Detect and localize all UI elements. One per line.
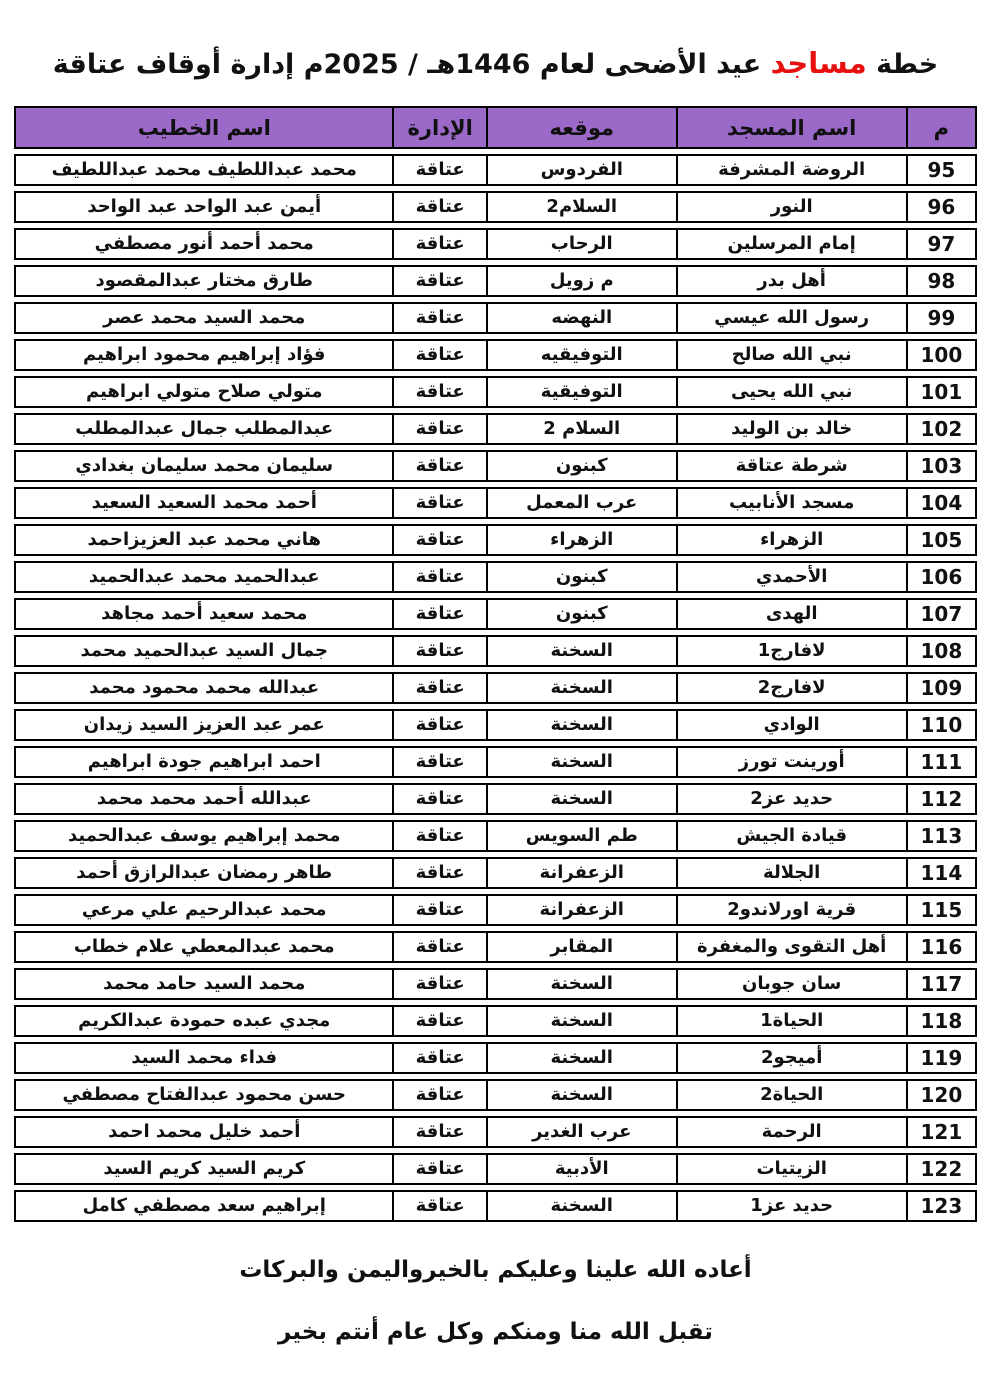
cell-administration: عتاقة bbox=[392, 598, 485, 630]
page-title: خطة مساجد عيد الأضحى لعام 1446هـ / 2025م… bbox=[0, 0, 991, 80]
cell-administration: عتاقة bbox=[392, 376, 485, 408]
cell-location: السخنة bbox=[486, 1042, 676, 1074]
cell-khatib-name: جمال السيد عبدالحميد محمد bbox=[14, 635, 392, 667]
table-row: 123 حديد عز1 السخنة عتاقة إبراهيم سعد مص… bbox=[14, 1190, 977, 1222]
cell-khatib-name: هاني محمد عبد العزيزاحمد bbox=[14, 524, 392, 556]
cell-number: 96 bbox=[906, 191, 977, 223]
cell-location: الزعفرانة bbox=[486, 894, 676, 926]
cell-mosque-name: خالد بن الوليد bbox=[676, 413, 906, 445]
table-row: 102 خالد بن الوليد السلام 2 عتاقة عبدالم… bbox=[14, 413, 977, 445]
cell-location: كبنون bbox=[486, 598, 676, 630]
cell-mosque-name: أميجو2 bbox=[676, 1042, 906, 1074]
cell-number: 99 bbox=[906, 302, 977, 334]
cell-location: السخنة bbox=[486, 672, 676, 704]
table-row: 104 مسجد الأنابيب عرب المعمل عتاقة أحمد … bbox=[14, 487, 977, 519]
table-row: 103 شرطة عتاقة كبنون عتاقة سليمان محمد س… bbox=[14, 450, 977, 482]
column-header-administration: الإدارة bbox=[392, 106, 485, 149]
table-row: 109 لافارج2 السخنة عتاقة عبدالله محمد مح… bbox=[14, 672, 977, 704]
cell-khatib-name: طارق مختار عبدالمقصود bbox=[14, 265, 392, 297]
cell-khatib-name: محمد عبدالمعطي علام خطاب bbox=[14, 931, 392, 963]
cell-mosque-name: الهدى bbox=[676, 598, 906, 630]
cell-khatib-name: طاهر رمضان عبدالرازق أحمد bbox=[14, 857, 392, 889]
cell-number: 111 bbox=[906, 746, 977, 778]
cell-location: السخنة bbox=[486, 1079, 676, 1111]
cell-mosque-name: حديد عز1 bbox=[676, 1190, 906, 1222]
mosque-schedule-table: م اسم المسجد موقعه الإدارة اسم الخطيب 95… bbox=[14, 101, 977, 1227]
table-row: 97 إمام المرسلين الرحاب عتاقة محمد أحمد … bbox=[14, 228, 977, 260]
cell-location: السخنة bbox=[486, 1005, 676, 1037]
cell-mosque-name: قيادة الجيش bbox=[676, 820, 906, 852]
cell-number: 113 bbox=[906, 820, 977, 852]
cell-mosque-name: مسجد الأنابيب bbox=[676, 487, 906, 519]
cell-mosque-name: الحياة2 bbox=[676, 1079, 906, 1111]
table-row: 105 الزهراء الزهراء عتاقة هاني محمد عبد … bbox=[14, 524, 977, 556]
cell-location: السخنة bbox=[486, 709, 676, 741]
cell-location: عرب المعمل bbox=[486, 487, 676, 519]
cell-mosque-name: أهل بدر bbox=[676, 265, 906, 297]
cell-khatib-name: عبدالله محمد محمود محمد bbox=[14, 672, 392, 704]
cell-administration: عتاقة bbox=[392, 265, 485, 297]
cell-mosque-name: الحياة1 bbox=[676, 1005, 906, 1037]
table-row: 114 الجلالة الزعفرانة عتاقة طاهر رمضان ع… bbox=[14, 857, 977, 889]
cell-location: الأدبية bbox=[486, 1153, 676, 1185]
cell-location: الرحاب bbox=[486, 228, 676, 260]
table-row: 110 الوادي السخنة عتاقة عمر عبد العزيز ا… bbox=[14, 709, 977, 741]
column-header-khatib-name: اسم الخطيب bbox=[14, 106, 392, 149]
cell-number: 117 bbox=[906, 968, 977, 1000]
cell-administration: عتاقة bbox=[392, 672, 485, 704]
cell-mosque-name: نبي الله صالح bbox=[676, 339, 906, 371]
cell-khatib-name: محمد السيد حامد محمد bbox=[14, 968, 392, 1000]
table-row: 115 قرية اورلاندو2 الزعفرانة عتاقة محمد … bbox=[14, 894, 977, 926]
cell-number: 95 bbox=[906, 154, 977, 186]
cell-location: السخنة bbox=[486, 1190, 676, 1222]
table-row: 111 أورينت تورز السخنة عتاقة احمد ابراهي… bbox=[14, 746, 977, 778]
cell-khatib-name: فداء محمد السيد bbox=[14, 1042, 392, 1074]
table-header: م اسم المسجد موقعه الإدارة اسم الخطيب bbox=[14, 106, 977, 149]
cell-khatib-name: إبراهيم سعد مصطفي كامل bbox=[14, 1190, 392, 1222]
cell-number: 105 bbox=[906, 524, 977, 556]
cell-khatib-name: عبدالله أحمد محمد محمد bbox=[14, 783, 392, 815]
table-row: 112 حديد عز2 السخنة عتاقة عبدالله أحمد م… bbox=[14, 783, 977, 815]
cell-khatib-name: سليمان محمد سليمان بغدادي bbox=[14, 450, 392, 482]
cell-number: 112 bbox=[906, 783, 977, 815]
cell-location: عرب الغدير bbox=[486, 1116, 676, 1148]
cell-khatib-name: محمد أحمد أنور مصطفي bbox=[14, 228, 392, 260]
cell-number: 107 bbox=[906, 598, 977, 630]
cell-mosque-name: شرطة عتاقة bbox=[676, 450, 906, 482]
cell-mosque-name: النور bbox=[676, 191, 906, 223]
cell-khatib-name: محمد عبدالرحيم علي مرعي bbox=[14, 894, 392, 926]
cell-location: الزعفرانة bbox=[486, 857, 676, 889]
table-row: 122 الزيتيات الأدبية عتاقة كريم السيد كر… bbox=[14, 1153, 977, 1185]
cell-number: 108 bbox=[906, 635, 977, 667]
cell-location: التوفيقيه bbox=[486, 339, 676, 371]
cell-location: السخنة bbox=[486, 968, 676, 1000]
cell-khatib-name: مجدي عبده حمودة عبدالكريم bbox=[14, 1005, 392, 1037]
cell-number: 114 bbox=[906, 857, 977, 889]
cell-khatib-name: محمد سعيد أحمد مجاهد bbox=[14, 598, 392, 630]
cell-mosque-name: الزهراء bbox=[676, 524, 906, 556]
cell-location: السخنة bbox=[486, 635, 676, 667]
cell-administration: عتاقة bbox=[392, 1116, 485, 1148]
cell-location: السلام2 bbox=[486, 191, 676, 223]
cell-administration: عتاقة bbox=[392, 339, 485, 371]
cell-administration: عتاقة bbox=[392, 894, 485, 926]
title-prefix: خطة bbox=[876, 49, 938, 80]
table-row: 100 نبي الله صالح التوفيقيه عتاقة فؤاد إ… bbox=[14, 339, 977, 371]
cell-number: 116 bbox=[906, 931, 977, 963]
cell-mosque-name: رسول الله عيسي bbox=[676, 302, 906, 334]
table-row: 116 أهل التقوى والمغفرة المقابر عتاقة مح… bbox=[14, 931, 977, 963]
cell-khatib-name: فؤاد إبراهيم محمود ابراهيم bbox=[14, 339, 392, 371]
cell-number: 121 bbox=[906, 1116, 977, 1148]
table-row: 107 الهدى كبنون عتاقة محمد سعيد أحمد مجا… bbox=[14, 598, 977, 630]
footer-blessing-line-2: تقبل الله منا ومنكم وكل عام أنتم بخير bbox=[0, 1319, 991, 1345]
cell-administration: عتاقة bbox=[392, 302, 485, 334]
cell-location: الفردوس bbox=[486, 154, 676, 186]
cell-location: م زويل bbox=[486, 265, 676, 297]
cell-khatib-name: أيمن عبد الواحد عبد الواحد bbox=[14, 191, 392, 223]
column-header-mosque-name: اسم المسجد bbox=[676, 106, 906, 149]
cell-administration: عتاقة bbox=[392, 228, 485, 260]
cell-number: 118 bbox=[906, 1005, 977, 1037]
cell-mosque-name: الروضة المشرفة bbox=[676, 154, 906, 186]
cell-mosque-name: نبي الله يحيى bbox=[676, 376, 906, 408]
document-page: خطة مساجد عيد الأضحى لعام 1446هـ / 2025م… bbox=[0, 0, 991, 1400]
cell-administration: عتاقة bbox=[392, 1079, 485, 1111]
table-row: 120 الحياة2 السخنة عتاقة حسن محمود عبدال… bbox=[14, 1079, 977, 1111]
cell-location: كبنون bbox=[486, 450, 676, 482]
cell-number: 104 bbox=[906, 487, 977, 519]
cell-administration: عتاقة bbox=[392, 1153, 485, 1185]
cell-number: 122 bbox=[906, 1153, 977, 1185]
table-row: 96 النور السلام2 عتاقة أيمن عبد الواحد ع… bbox=[14, 191, 977, 223]
mosque-table-body: 95 الروضة المشرفة الفردوس عتاقة محمد عبد… bbox=[14, 154, 977, 1222]
table-row: 95 الروضة المشرفة الفردوس عتاقة محمد عبد… bbox=[14, 154, 977, 186]
cell-location: كبنون bbox=[486, 561, 676, 593]
cell-mosque-name: الزيتيات bbox=[676, 1153, 906, 1185]
cell-administration: عتاقة bbox=[392, 857, 485, 889]
table-row: 101 نبي الله يحيى التوفيقية عتاقة متولي … bbox=[14, 376, 977, 408]
table-row: 121 الرحمة عرب الغدير عتاقة أحمد خليل مح… bbox=[14, 1116, 977, 1148]
cell-administration: عتاقة bbox=[392, 561, 485, 593]
cell-administration: عتاقة bbox=[392, 820, 485, 852]
cell-number: 119 bbox=[906, 1042, 977, 1074]
cell-administration: عتاقة bbox=[392, 487, 485, 519]
cell-khatib-name: عبدالمطلب جمال عبدالمطلب bbox=[14, 413, 392, 445]
cell-administration: عتاقة bbox=[392, 635, 485, 667]
cell-location: النهضه bbox=[486, 302, 676, 334]
cell-khatib-name: أحمد محمد السعيد السعيد bbox=[14, 487, 392, 519]
cell-mosque-name: الجلالة bbox=[676, 857, 906, 889]
cell-administration: عتاقة bbox=[392, 783, 485, 815]
cell-administration: عتاقة bbox=[392, 154, 485, 186]
cell-number: 110 bbox=[906, 709, 977, 741]
cell-khatib-name: عمر عبد العزيز السيد زيدان bbox=[14, 709, 392, 741]
cell-number: 100 bbox=[906, 339, 977, 371]
cell-number: 120 bbox=[906, 1079, 977, 1111]
cell-khatib-name: احمد ابراهيم جودة ابراهيم bbox=[14, 746, 392, 778]
cell-number: 115 bbox=[906, 894, 977, 926]
cell-khatib-name: حسن محمود عبدالفتاح مصطفي bbox=[14, 1079, 392, 1111]
table-row: 106 الأحمدي كبنون عتاقة عبدالحميد محمد ع… bbox=[14, 561, 977, 593]
cell-mosque-name: حديد عز2 bbox=[676, 783, 906, 815]
table-row: 98 أهل بدر م زويل عتاقة طارق مختار عبدال… bbox=[14, 265, 977, 297]
cell-administration: عتاقة bbox=[392, 1042, 485, 1074]
cell-administration: عتاقة bbox=[392, 413, 485, 445]
title-suffix: عيد الأضحى لعام 1446هـ / 2025م إدارة أوق… bbox=[53, 49, 761, 80]
cell-khatib-name: محمد السيد محمد عصر bbox=[14, 302, 392, 334]
cell-location: طم السويس bbox=[486, 820, 676, 852]
cell-number: 101 bbox=[906, 376, 977, 408]
footer-blessings: أعاده الله علينا وعليكم بالخيرواليمن وال… bbox=[0, 1257, 991, 1345]
table-row: 117 سان جوبان السخنة عتاقة محمد السيد حا… bbox=[14, 968, 977, 1000]
cell-khatib-name: كريم السيد كريم السيد bbox=[14, 1153, 392, 1185]
column-header-location: موقعه bbox=[486, 106, 676, 149]
cell-administration: عتاقة bbox=[392, 1005, 485, 1037]
cell-administration: عتاقة bbox=[392, 450, 485, 482]
cell-mosque-name: الأحمدي bbox=[676, 561, 906, 593]
cell-mosque-name: لافارج2 bbox=[676, 672, 906, 704]
cell-mosque-name: قرية اورلاندو2 bbox=[676, 894, 906, 926]
cell-location: السلام 2 bbox=[486, 413, 676, 445]
header-row: م اسم المسجد موقعه الإدارة اسم الخطيب bbox=[14, 106, 977, 149]
cell-administration: عتاقة bbox=[392, 191, 485, 223]
cell-mosque-name: أهل التقوى والمغفرة bbox=[676, 931, 906, 963]
cell-administration: عتاقة bbox=[392, 709, 485, 741]
cell-number: 106 bbox=[906, 561, 977, 593]
cell-number: 123 bbox=[906, 1190, 977, 1222]
table-row: 108 لافارج1 السخنة عتاقة جمال السيد عبدا… bbox=[14, 635, 977, 667]
cell-khatib-name: عبدالحميد محمد عبدالحميد bbox=[14, 561, 392, 593]
cell-location: التوفيقية bbox=[486, 376, 676, 408]
cell-administration: عتاقة bbox=[392, 1190, 485, 1222]
table-row: 99 رسول الله عيسي النهضه عتاقة محمد السي… bbox=[14, 302, 977, 334]
cell-mosque-name: لافارج1 bbox=[676, 635, 906, 667]
cell-number: 97 bbox=[906, 228, 977, 260]
table-row: 118 الحياة1 السخنة عتاقة مجدي عبده حمودة… bbox=[14, 1005, 977, 1037]
cell-khatib-name: أحمد خليل محمد احمد bbox=[14, 1116, 392, 1148]
cell-mosque-name: الرحمة bbox=[676, 1116, 906, 1148]
title-highlight: مساجد bbox=[771, 46, 867, 80]
cell-number: 102 bbox=[906, 413, 977, 445]
cell-number: 103 bbox=[906, 450, 977, 482]
cell-khatib-name: محمد إبراهيم يوسف عبدالحميد bbox=[14, 820, 392, 852]
cell-number: 109 bbox=[906, 672, 977, 704]
cell-administration: عتاقة bbox=[392, 524, 485, 556]
cell-location: السخنة bbox=[486, 783, 676, 815]
cell-mosque-name: أورينت تورز bbox=[676, 746, 906, 778]
cell-location: المقابر bbox=[486, 931, 676, 963]
cell-mosque-name: إمام المرسلين bbox=[676, 228, 906, 260]
footer-blessing-line-1: أعاده الله علينا وعليكم بالخيرواليمن وال… bbox=[0, 1257, 991, 1283]
column-header-number: م bbox=[906, 106, 977, 149]
table-row: 119 أميجو2 السخنة عتاقة فداء محمد السيد bbox=[14, 1042, 977, 1074]
cell-mosque-name: سان جوبان bbox=[676, 968, 906, 1000]
cell-khatib-name: محمد عبداللطيف محمد عبداللطيف bbox=[14, 154, 392, 186]
cell-location: الزهراء bbox=[486, 524, 676, 556]
cell-location: السخنة bbox=[486, 746, 676, 778]
table-row: 113 قيادة الجيش طم السويس عتاقة محمد إبر… bbox=[14, 820, 977, 852]
cell-mosque-name: الوادي bbox=[676, 709, 906, 741]
cell-number: 98 bbox=[906, 265, 977, 297]
cell-administration: عتاقة bbox=[392, 968, 485, 1000]
cell-khatib-name: متولي صلاح متولي ابراهيم bbox=[14, 376, 392, 408]
cell-administration: عتاقة bbox=[392, 746, 485, 778]
cell-administration: عتاقة bbox=[392, 931, 485, 963]
